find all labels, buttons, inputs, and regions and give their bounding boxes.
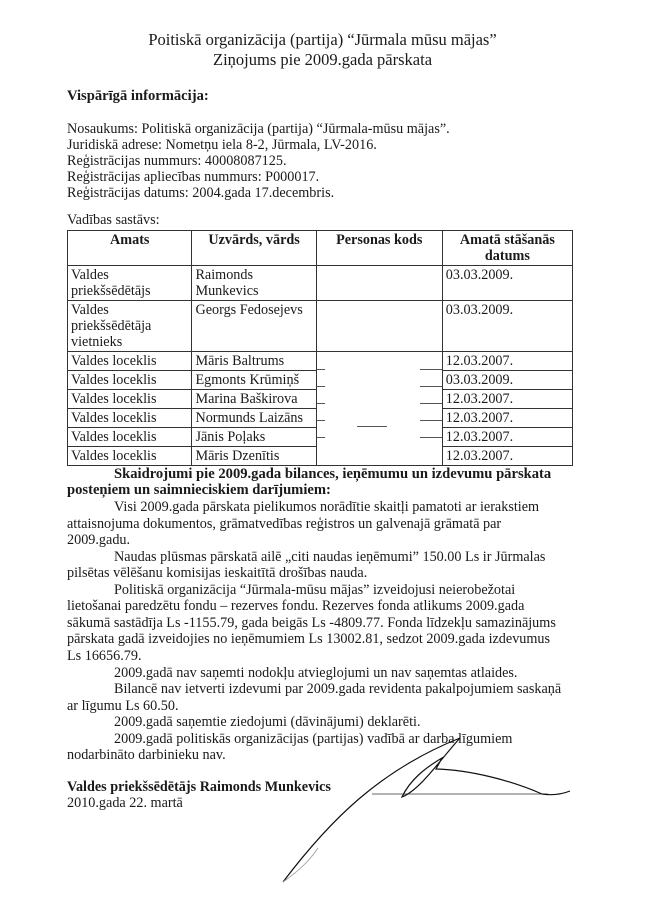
board-label: Vadības sastāvs: bbox=[67, 212, 160, 229]
certificate-number: Reģistrācijas apliecības nummurs: P00001… bbox=[67, 169, 319, 186]
cell-position: Valdes loceklis bbox=[68, 409, 192, 428]
cell-position: Valdes loceklis bbox=[68, 428, 192, 447]
cell-name: Marina Baškirova bbox=[192, 390, 316, 409]
cell-start-date: 03.03.2009. bbox=[442, 371, 572, 390]
explanation-line: Politiskā organizācija “Jūrmala-mūsu māj… bbox=[67, 582, 515, 599]
cell-name: Egmonts Krūmiņš bbox=[192, 371, 316, 390]
cell-name: Jānis Poļaks bbox=[192, 428, 316, 447]
explanation-line: lietošanai paredzētu fondu – rezerves fo… bbox=[67, 598, 524, 615]
cell-personal-code-redacted bbox=[316, 352, 442, 466]
cell-start-date: 03.03.2009. bbox=[442, 266, 572, 301]
explanation-line: 2009.gadā saņemtie ziedojumi (dāvinājumi… bbox=[67, 714, 421, 731]
cell-position: Valdes loceklis bbox=[68, 390, 192, 409]
cell-start-date: 03.03.2009. bbox=[442, 301, 572, 352]
signer-title: Valdes priekšsēdētājs Raimonds Munkevics bbox=[67, 779, 331, 796]
explanation-line: 2009.gadā nav saņemti nodokļu atviegloju… bbox=[67, 665, 517, 682]
explanation-line: Ls 16656.79. bbox=[67, 648, 141, 665]
cell-name: Georgs Fedosejevs bbox=[192, 301, 316, 352]
cell-start-date: 12.03.2007. bbox=[442, 409, 572, 428]
cell-start-date: 12.03.2007. bbox=[442, 447, 572, 466]
cell-personal-code bbox=[316, 301, 442, 352]
cell-name: Māris Dzenītis bbox=[192, 447, 316, 466]
explanation-line: 2009.gadu. bbox=[67, 532, 130, 549]
explanations-heading-cont: posteņiem un saimnieciskiem darījumiem: bbox=[67, 482, 331, 499]
table-row: Valdes priekšsēdētāja vietnieksGeorgs Fe… bbox=[68, 301, 573, 352]
explanation-line: Bilancē nav ietverti izdevumi par 2009.g… bbox=[67, 681, 561, 698]
general-info-heading: Vispārīgā informācija: bbox=[67, 88, 209, 105]
explanation-line: Naudas plūsmas pārskatā ailē „citi nauda… bbox=[67, 549, 545, 566]
explanation-line: attaisnojuma dokumentos, grāmatvedības r… bbox=[67, 516, 501, 533]
legal-address: Juridiskā adrese: Nometņu iela 8-2, Jūrm… bbox=[67, 137, 377, 154]
cell-start-date: 12.03.2007. bbox=[442, 352, 572, 371]
document-subtitle: Ziņojums pie 2009.gada pārskata bbox=[0, 50, 645, 70]
org-name: Nosaukums: Politiskā organizācija (parti… bbox=[67, 121, 450, 138]
explanation-line: 2009.gadā politiskās organizācijas (part… bbox=[67, 731, 512, 748]
explanation-line: nodarbināto darbinieku nav. bbox=[67, 747, 226, 764]
explanations-heading: Skaidrojumi pie 2009.gada bilances, ieņē… bbox=[67, 466, 551, 483]
cell-start-date: 12.03.2007. bbox=[442, 428, 572, 447]
table-row: Valdes loceklisMāris Baltrums12.03.2007. bbox=[68, 352, 573, 371]
board-table: Amats Uzvārds, vārds Personas kods Amatā… bbox=[67, 230, 573, 466]
table-header-row: Amats Uzvārds, vārds Personas kods Amatā… bbox=[68, 231, 573, 266]
cell-name: Māris Baltrums bbox=[192, 352, 316, 371]
registration-date: Reģistrācijas datums: 2004.gada 17.decem… bbox=[67, 185, 334, 202]
registration-number: Reģistrācijas nummurs: 40008087125. bbox=[67, 153, 287, 170]
column-header-start-date: Amatā stāšanās datums bbox=[442, 231, 572, 266]
cell-position: Valdes loceklis bbox=[68, 352, 192, 371]
explanation-line: pilsētas vēlēšanu komisijas ieskaitītā d… bbox=[67, 565, 367, 582]
cell-personal-code bbox=[316, 266, 442, 301]
table-row: Valdes priekšsēdētājsRaimonds Munkevics0… bbox=[68, 266, 573, 301]
cell-position: Valdes priekšsēdētājs bbox=[68, 266, 192, 301]
cell-position: Valdes priekšsēdētāja vietnieks bbox=[68, 301, 192, 352]
explanation-line: Visi 2009.gada pārskata pielikumos norād… bbox=[67, 499, 539, 516]
explanation-line: ar līgumu Ls 60.50. bbox=[67, 698, 179, 715]
column-header-position: Amats bbox=[68, 231, 192, 266]
explanation-line: pārskata gadā izveidojies no ieņēmumiem … bbox=[67, 631, 550, 648]
cell-start-date: 12.03.2007. bbox=[442, 390, 572, 409]
cell-name: Raimonds Munkevics bbox=[192, 266, 316, 301]
cell-position: Valdes loceklis bbox=[68, 371, 192, 390]
column-header-name: Uzvārds, vārds bbox=[192, 231, 316, 266]
signature-date: 2010.gada 22. martā bbox=[67, 795, 183, 812]
document-title: Poitiskā organizācija (partija) “Jūrmala… bbox=[0, 30, 645, 50]
explanation-line: sākumā sastādīja Ls -1155.79, gada beigā… bbox=[67, 615, 556, 632]
cell-name: Normunds Laizāns bbox=[192, 409, 316, 428]
cell-position: Valdes loceklis bbox=[68, 447, 192, 466]
column-header-personal-code: Personas kods bbox=[316, 231, 442, 266]
